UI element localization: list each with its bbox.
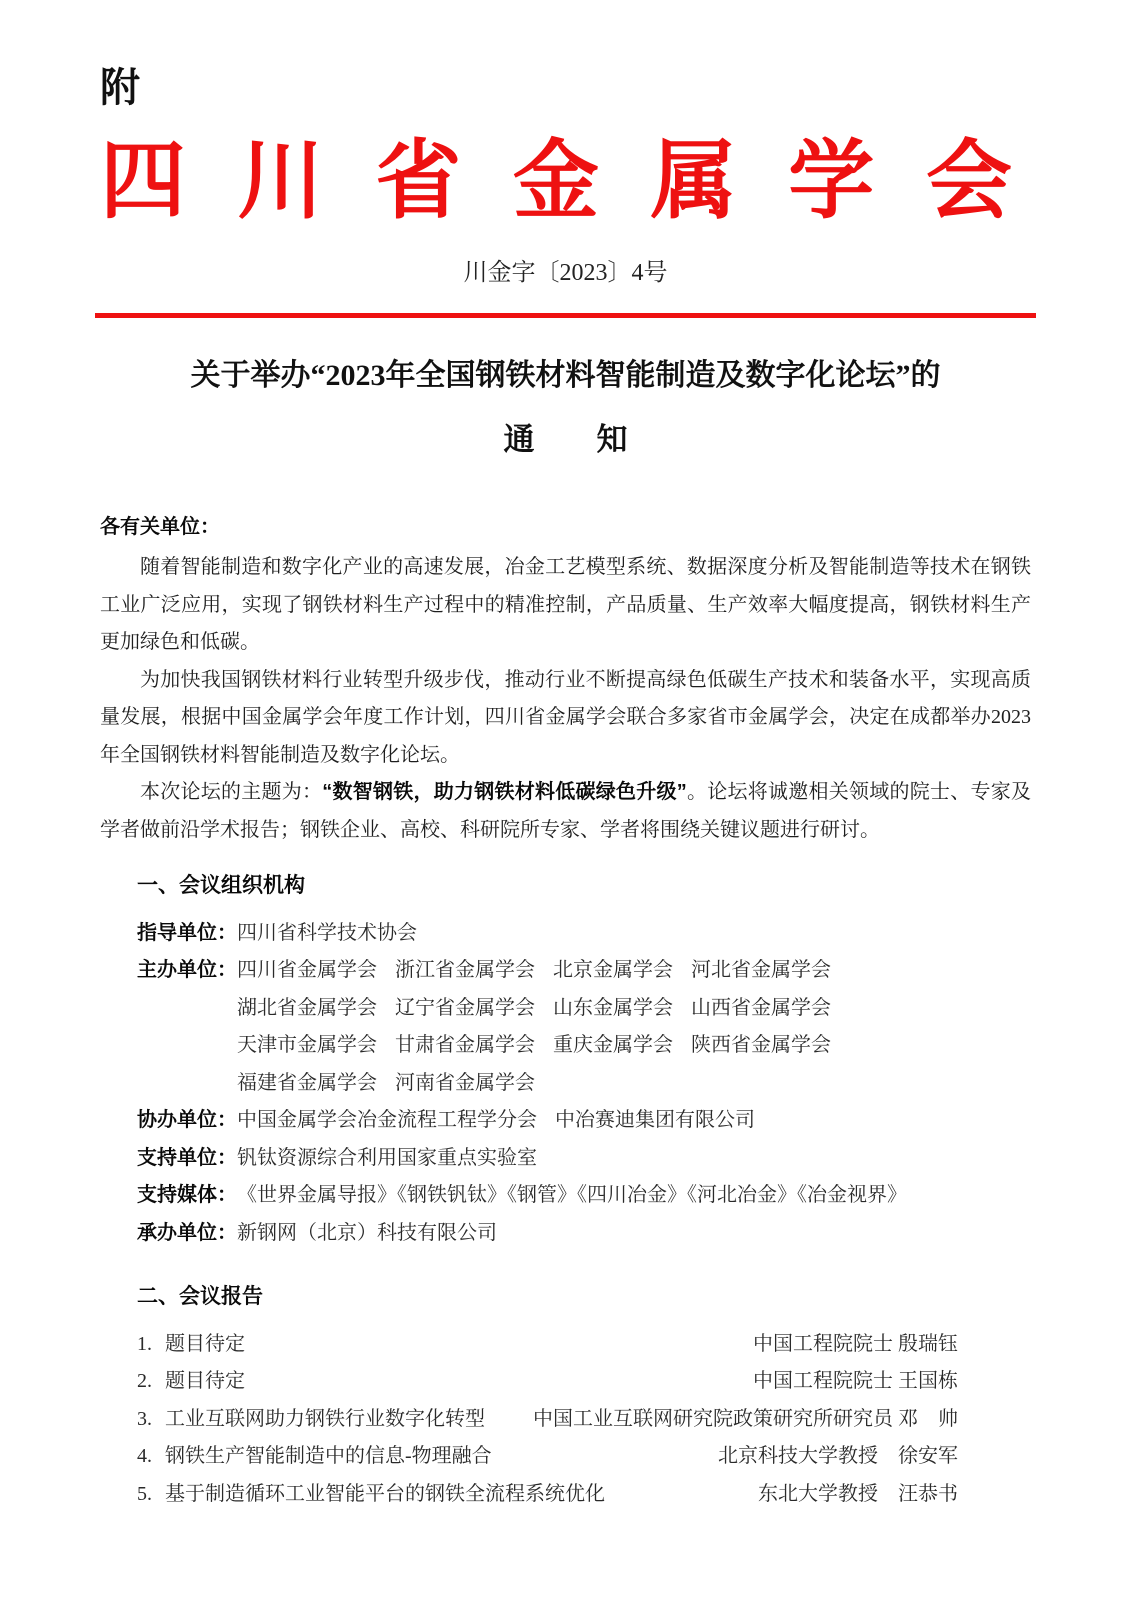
masthead-char: 学 xyxy=(788,136,874,226)
report-number: 3. xyxy=(137,1401,165,1439)
section1-heading: 一、会议组织机构 xyxy=(137,867,1031,905)
report-speaker: 中国工业互联网研究院政策研究所研究员 邓 帅 xyxy=(533,1401,958,1439)
support-media-label: 支持媒体： xyxy=(137,1177,237,1215)
masthead-char: 四 xyxy=(100,136,186,226)
host-units-row: 天津市金属学会 甘肃省金属学会 重庆金属学会 陕西省金属学会 xyxy=(137,1027,1031,1065)
host-unit: 湖北省金属学会 xyxy=(237,990,377,1028)
support-media-value: 《世界金属导报》《钢铁钒钛》《钢管》《四川冶金》《河北冶金》《冶金视界》 xyxy=(237,1177,907,1215)
report-speaker: 中国工程院院士 王国栋 xyxy=(753,1363,958,1401)
support-unit-label: 支持单位： xyxy=(137,1140,237,1178)
coorganizer-label: 协办单位： xyxy=(137,1102,237,1140)
host-unit: 重庆金属学会 xyxy=(553,1027,673,1065)
masthead-char: 会 xyxy=(926,136,1012,226)
report-item: 2.题目待定 中国工程院院士 王国栋 xyxy=(137,1363,958,1401)
organizer-value: 新钢网（北京）科技有限公司 xyxy=(237,1215,497,1253)
host-unit: 天津市金属学会 xyxy=(237,1027,377,1065)
document-number: 川金字〔2023〕4号 xyxy=(100,252,1031,287)
host-unit: 山东金属学会 xyxy=(553,990,673,1028)
organizer-label: 承办单位： xyxy=(137,1215,237,1253)
report-title: 题目待定 xyxy=(165,1363,245,1401)
report-title: 工业互联网助力钢铁行业数字化转型 xyxy=(165,1401,485,1439)
host-units-label: 主办单位： xyxy=(137,952,237,990)
notice-title-line2: 通 知 xyxy=(100,422,1031,459)
paragraph-3-intro: 本次论坛的主题为： xyxy=(140,781,322,803)
report-number: 4. xyxy=(137,1438,165,1476)
host-unit: 山西省金属学会 xyxy=(691,990,831,1028)
report-speaker: 北京科技大学教授 徐安军 xyxy=(718,1438,958,1476)
report-item: 1.题目待定 中国工程院院士 殷瑞钰 xyxy=(137,1326,958,1364)
report-list: 1.题目待定 中国工程院院士 殷瑞钰 2.题目待定 中国工程院院士 王国栋 3.… xyxy=(137,1326,958,1514)
organizer-row: 承办单位： 新钢网（北京）科技有限公司 xyxy=(137,1215,1031,1253)
report-item: 3.工业互联网助力钢铁行业数字化转型 中国工业互联网研究院政策研究所研究员 邓 … xyxy=(137,1401,958,1439)
organization-masthead: 四 川 省 金 属 学 会 xyxy=(100,136,1012,226)
masthead-char: 川 xyxy=(238,136,324,226)
host-units-row: 福建省金属学会 河南省金属学会 xyxy=(137,1065,1031,1103)
attachment-label: 附 xyxy=(100,66,1031,110)
host-units-row: 湖北省金属学会 辽宁省金属学会 山东金属学会 山西省金属学会 xyxy=(137,990,1031,1028)
support-media-row: 支持媒体： 《世界金属导报》《钢铁钒钛》《钢管》《四川冶金》《河北冶金》《冶金视… xyxy=(137,1177,1031,1215)
report-speaker: 东北大学教授 汪恭书 xyxy=(758,1476,958,1514)
report-number: 5. xyxy=(137,1476,165,1514)
coorganizer-unit: 中冶赛迪集团有限公司 xyxy=(555,1102,755,1140)
support-unit-row: 支持单位： 钒钛资源综合利用国家重点实验室 xyxy=(137,1140,1031,1178)
section2-heading: 二、会议报告 xyxy=(137,1278,1031,1316)
host-unit: 福建省金属学会 xyxy=(237,1065,377,1103)
masthead-char: 属 xyxy=(651,136,737,226)
masthead-char: 省 xyxy=(375,136,461,226)
report-item: 5.基于制造循环工业智能平台的钢铁全流程系统优化 东北大学教授 汪恭书 xyxy=(137,1476,958,1514)
host-units-row: 主办单位： 四川省金属学会 浙江省金属学会 北京金属学会 河北省金属学会 xyxy=(137,952,1031,990)
paragraph-2: 为加快我国钢铁材料行业转型升级步伐，推动行业不断提高绿色低碳生产技术和装备水平，… xyxy=(100,662,1031,775)
salutation: 各有关单位： xyxy=(100,510,1031,539)
notice-title: 关于举办“2023年全国钢铁材料智能制造及数字化论坛”的 通 知 xyxy=(100,358,1031,458)
notice-title-line1: 关于举办“2023年全国钢铁材料智能制造及数字化论坛”的 xyxy=(100,358,1031,393)
report-title: 基于制造循环工业智能平台的钢铁全流程系统优化 xyxy=(165,1476,605,1514)
forum-theme-bold: “数智钢铁，助力钢铁材料低碳绿色升级” xyxy=(322,781,687,803)
guidance-unit-label: 指导单位： xyxy=(137,915,237,953)
red-divider-rule xyxy=(95,313,1036,318)
report-number: 1. xyxy=(137,1326,165,1364)
report-title: 题目待定 xyxy=(165,1326,245,1364)
report-speaker: 中国工程院院士 殷瑞钰 xyxy=(753,1326,958,1364)
report-item: 4.钢铁生产智能制造中的信息-物理融合 北京科技大学教授 徐安军 xyxy=(137,1438,958,1476)
guidance-unit-value: 四川省科学技术协会 xyxy=(237,915,417,953)
host-unit: 辽宁省金属学会 xyxy=(395,990,535,1028)
paragraph-1: 随着智能制造和数字化产业的高速发展，冶金工艺模型系统、数据深度分析及智能制造等技… xyxy=(100,549,1031,662)
coorganizer-unit: 中国金属学会冶金流程工程学分会 xyxy=(237,1102,537,1140)
host-unit: 甘肃省金属学会 xyxy=(395,1027,535,1065)
report-title: 钢铁生产智能制造中的信息-物理融合 xyxy=(165,1438,492,1476)
host-unit: 四川省金属学会 xyxy=(237,952,377,990)
masthead-char: 金 xyxy=(513,136,599,226)
report-number: 2. xyxy=(137,1363,165,1401)
notice-document-page: 附 四 川 省 金 属 学 会 川金字〔2023〕4号 关于举办“2023年全国… xyxy=(0,0,1131,1600)
host-unit: 浙江省金属学会 xyxy=(395,952,535,990)
host-unit: 北京金属学会 xyxy=(553,952,673,990)
paragraph-3: 本次论坛的主题为：“数智钢铁，助力钢铁材料低碳绿色升级”。论坛将诚邀相关领域的院… xyxy=(100,774,1031,849)
host-unit: 陕西省金属学会 xyxy=(691,1027,831,1065)
notice-body: 随着智能制造和数字化产业的高速发展，冶金工艺模型系统、数据深度分析及智能制造等技… xyxy=(100,549,1031,849)
guidance-unit-row: 指导单位： 四川省科学技术协会 xyxy=(137,915,1031,953)
support-unit-value: 钒钛资源综合利用国家重点实验室 xyxy=(237,1140,537,1178)
host-unit: 河南省金属学会 xyxy=(395,1065,535,1103)
host-unit: 河北省金属学会 xyxy=(691,952,831,990)
coorganizer-row: 协办单位： 中国金属学会冶金流程工程学分会 中冶赛迪集团有限公司 xyxy=(137,1102,1031,1140)
